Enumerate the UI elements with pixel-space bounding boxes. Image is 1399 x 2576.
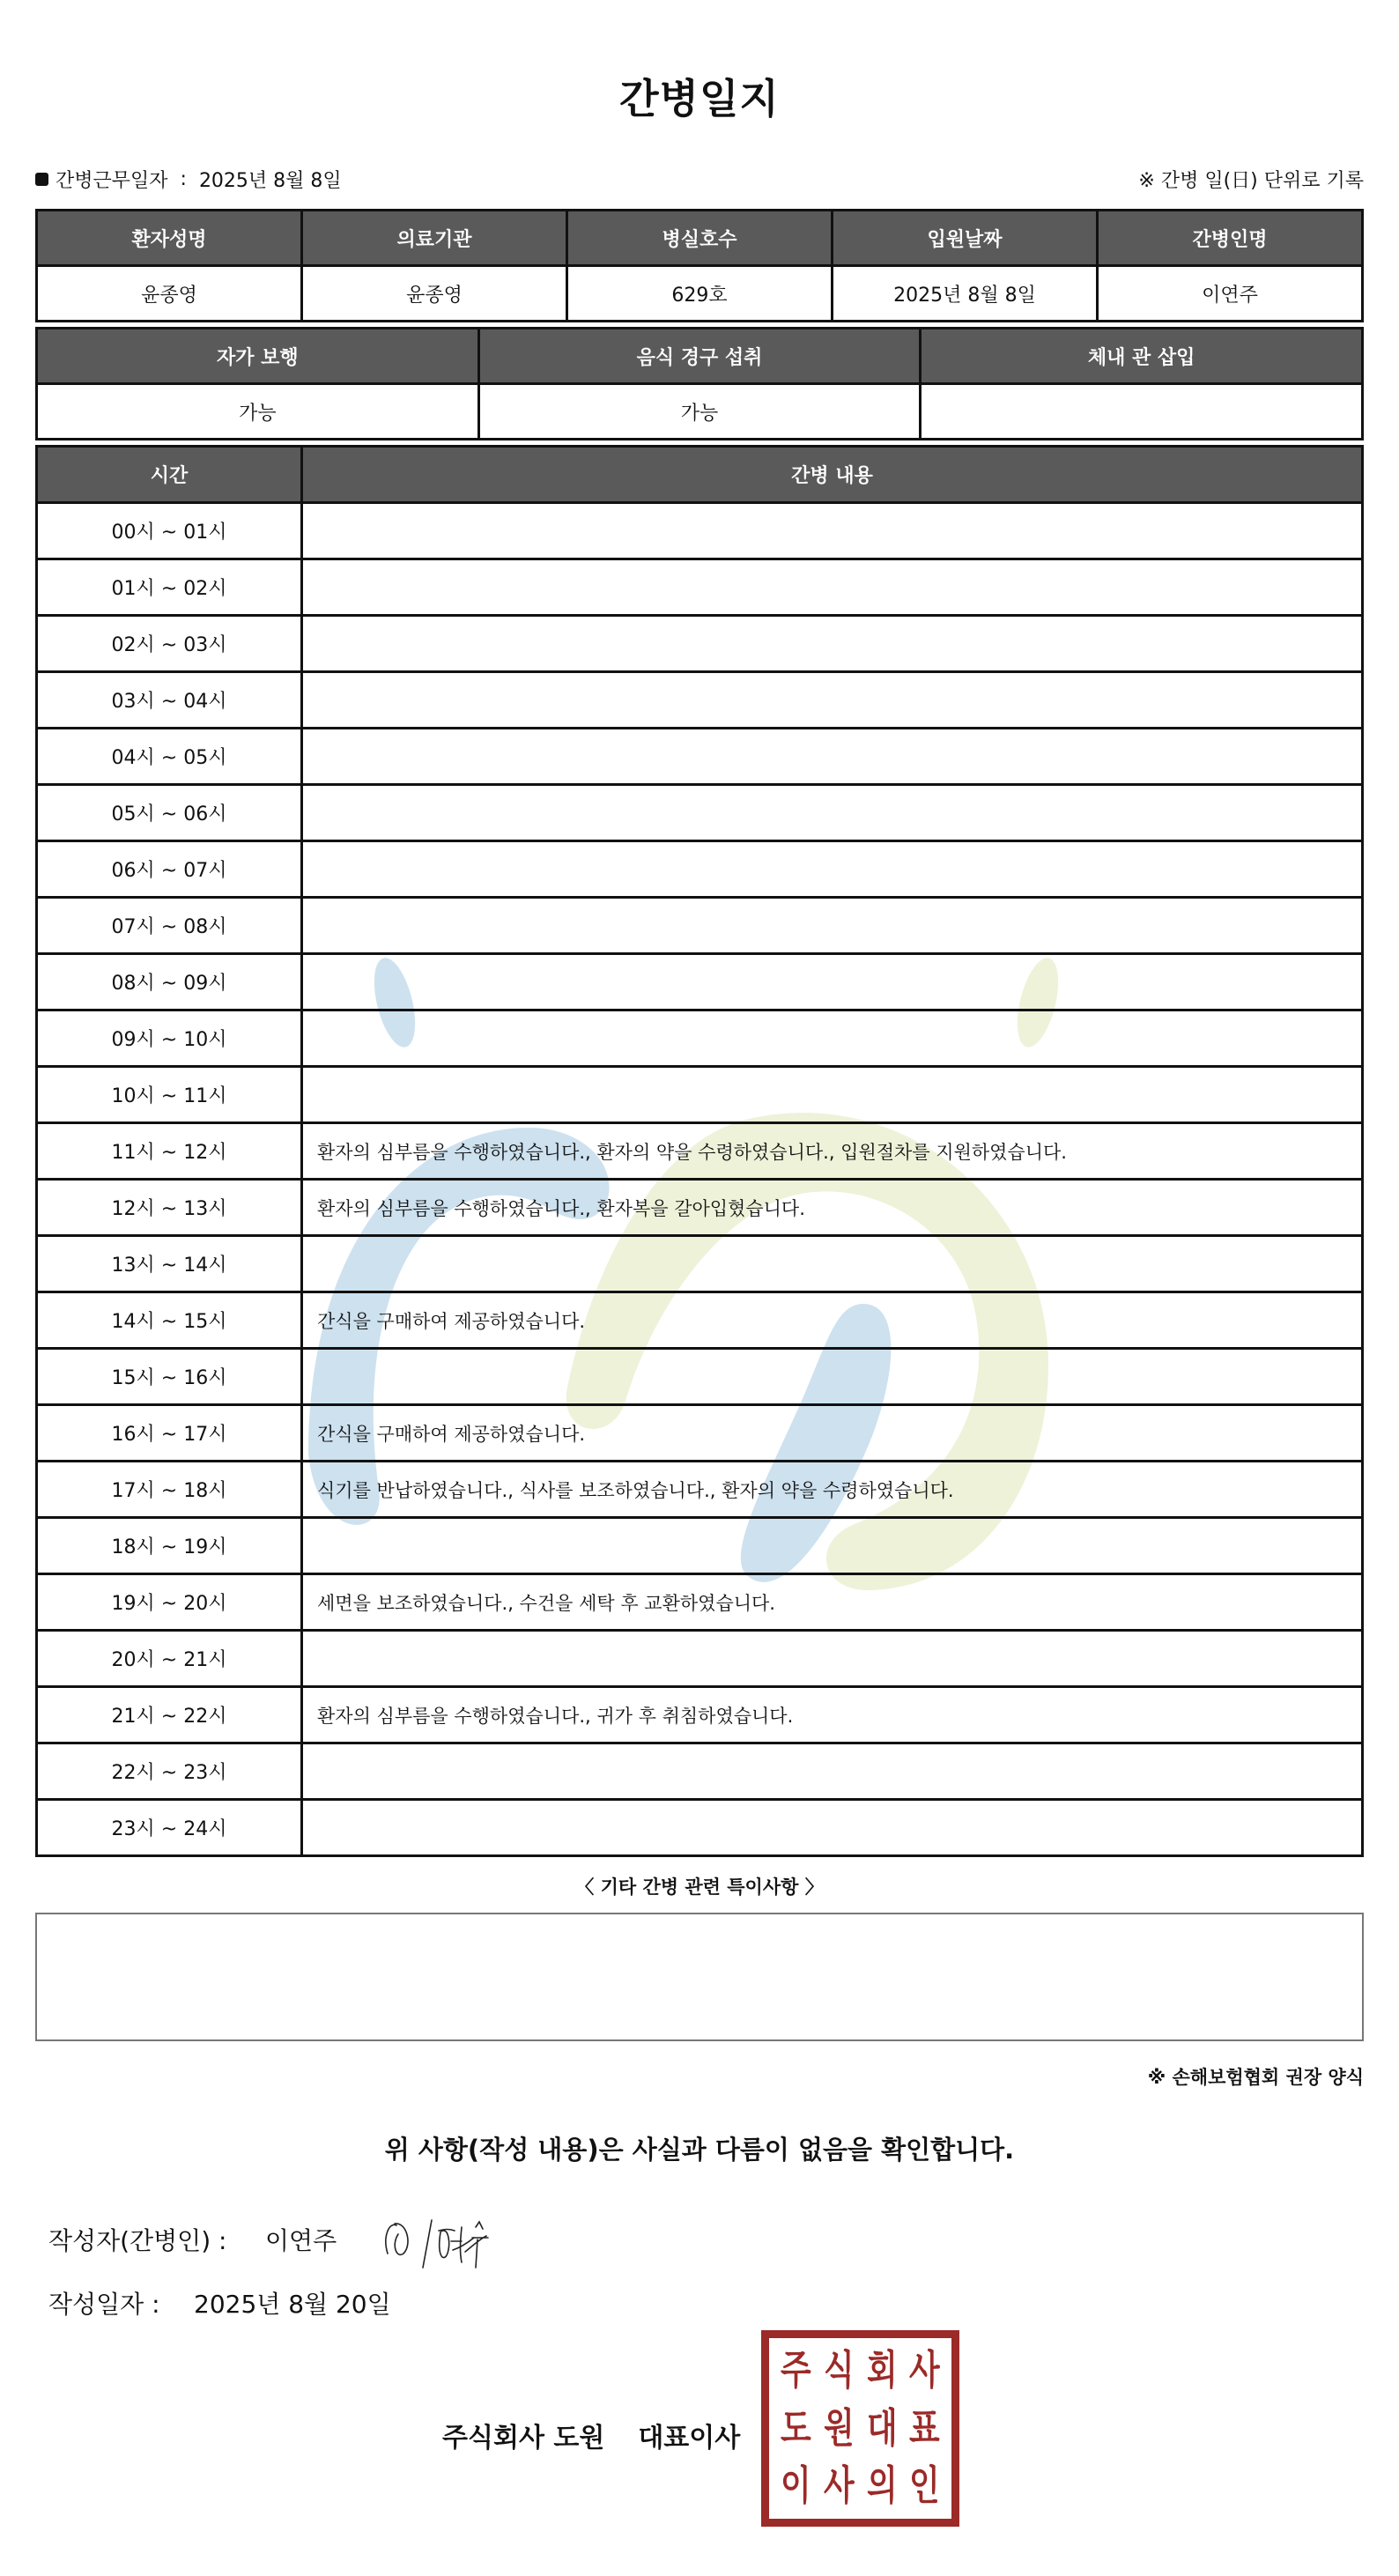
writer-name: 이연주	[265, 2222, 337, 2257]
time-slot: 12시 ~ 13시	[37, 1180, 302, 1236]
header-admission-date: 입원날짜	[833, 211, 1098, 266]
table-row: 15시 ~ 16시	[37, 1349, 1363, 1405]
time-slot: 09시 ~ 10시	[37, 1010, 302, 1067]
time-slot: 06시 ~ 07시	[37, 841, 302, 898]
table-row: 01시 ~ 02시	[37, 559, 1363, 616]
time-slot: 11시 ~ 12시	[37, 1123, 302, 1180]
time-slot: 00시 ~ 01시	[37, 503, 302, 559]
table-row: 07시 ~ 08시	[37, 898, 1363, 954]
time-slot: 21시 ~ 22시	[37, 1687, 302, 1743]
care-content	[302, 503, 1363, 559]
care-content: 세면을 보조하였습니다., 수건을 세탁 후 교환하였습니다.	[302, 1574, 1363, 1631]
table-row: 23시 ~ 24시	[37, 1800, 1363, 1856]
table-row: 18시 ~ 19시	[37, 1518, 1363, 1574]
work-date-label: 간병근무일자	[56, 166, 168, 193]
table-row: 03시 ~ 04시	[37, 672, 1363, 729]
work-date-value: 2025년 8월 8일	[199, 166, 342, 193]
care-content	[302, 616, 1363, 672]
time-slot: 15시 ~ 16시	[37, 1349, 302, 1405]
special-notes-title: 〈 기타 간병 관련 특이사항 〉	[0, 1873, 1399, 1899]
care-content	[302, 1800, 1363, 1856]
square-bullet-icon	[35, 173, 48, 186]
writer-line: 작성자(간병인) : 이연주	[48, 2222, 226, 2257]
header-oral-intake: 음식 경구 섭취	[478, 329, 921, 384]
care-content	[302, 1236, 1363, 1292]
seal-char: 인	[908, 2457, 942, 2515]
seal-char: 사	[822, 2457, 855, 2515]
seal-char: 의	[865, 2457, 899, 2515]
hospital: 윤종영	[302, 266, 567, 322]
table-row: 19시 ~ 20시세면을 보조하였습니다., 수건을 세탁 후 교환하였습니다.	[37, 1574, 1363, 1631]
time-slot: 14시 ~ 15시	[37, 1292, 302, 1349]
care-content	[302, 1631, 1363, 1687]
handwritten-signature-icon	[377, 2218, 531, 2269]
care-content	[302, 1067, 1363, 1123]
seal-char: 사	[908, 2342, 942, 2400]
table-row: 22시 ~ 23시	[37, 1743, 1363, 1800]
care-content	[302, 559, 1363, 616]
table-row: 16시 ~ 17시간식을 구매하여 제공하였습니다.	[37, 1405, 1363, 1462]
table-row: 05시 ~ 06시	[37, 785, 1363, 841]
table-row: 00시 ~ 01시	[37, 503, 1363, 559]
care-content: 환자의 심부름을 수행하였습니다., 환자의 약을 수령하였습니다., 입원절차…	[302, 1123, 1363, 1180]
patient-name: 윤종영	[37, 266, 302, 322]
header-tube-insertion: 체내 관 삽입	[921, 329, 1363, 384]
table-row: 20시 ~ 21시	[37, 1631, 1363, 1687]
table-row: 17시 ~ 18시식기를 반납하였습니다., 식사를 보조하였습니다., 환자의…	[37, 1462, 1363, 1518]
time-slot: 13시 ~ 14시	[37, 1236, 302, 1292]
page-title: 간병일지	[0, 67, 1399, 125]
time-slot: 04시 ~ 05시	[37, 729, 302, 785]
time-slot: 18시 ~ 19시	[37, 1518, 302, 1574]
time-slot: 03시 ~ 04시	[37, 672, 302, 729]
confirmation-statement: 위 사항(작성 내용)은 사실과 다름이 없음을 확인합니다.	[0, 2130, 1399, 2166]
table-row: 12시 ~ 13시환자의 심부름을 수행하였습니다., 환자복을 갈아입혔습니다…	[37, 1180, 1363, 1236]
care-content	[302, 898, 1363, 954]
time-slot: 17시 ~ 18시	[37, 1462, 302, 1518]
care-content	[302, 1743, 1363, 1800]
care-log-table: 시간 간병 내용 00시 ~ 01시01시 ~ 02시02시 ~ 03시03시 …	[35, 445, 1364, 1857]
time-slot: 23시 ~ 24시	[37, 1800, 302, 1856]
work-date: 간병근무일자 : 2025년 8월 8일	[35, 166, 342, 193]
written-date-label: 작성일자 :	[48, 2290, 160, 2319]
time-slot: 19시 ~ 20시	[37, 1574, 302, 1631]
seal-char: 주	[779, 2342, 812, 2400]
patient-status-table: 자가 보행 음식 경구 섭취 체내 관 삽입 가능 가능	[35, 327, 1364, 440]
header-patient-name: 환자성명	[37, 211, 302, 266]
table-row: 13시 ~ 14시	[37, 1236, 1363, 1292]
time-slot: 10시 ~ 11시	[37, 1067, 302, 1123]
care-content: 환자의 심부름을 수행하였습니다., 귀가 후 취침하였습니다.	[302, 1687, 1363, 1743]
care-content	[302, 1349, 1363, 1405]
care-content	[302, 841, 1363, 898]
care-content	[302, 785, 1363, 841]
seal-char: 대	[865, 2400, 899, 2458]
seal-char: 이	[779, 2457, 812, 2515]
table-row: 08시 ~ 09시	[37, 954, 1363, 1010]
patient-info-table: 환자성명 의료기관 병실호수 입원날짜 간병인명 윤종영 윤종영 629호 20…	[35, 209, 1364, 322]
oral-intake: 가능	[478, 384, 921, 440]
company-signoff: 주식회사 도원대표이사	[442, 2416, 740, 2454]
care-content: 간식을 구매하여 제공하였습니다.	[302, 1292, 1363, 1349]
care-content: 식기를 반납하였습니다., 식사를 보조하였습니다., 환자의 약을 수령하였습…	[302, 1462, 1363, 1518]
table-row: 04시 ~ 05시	[37, 729, 1363, 785]
header-room-number: 병실호수	[567, 211, 833, 266]
room-number: 629호	[567, 266, 833, 322]
care-content: 환자의 심부름을 수행하였습니다., 환자복을 갈아입혔습니다.	[302, 1180, 1363, 1236]
seal-char: 회	[865, 2342, 899, 2400]
company-role: 대표이사	[638, 2423, 740, 2454]
tube-insertion	[921, 384, 1363, 440]
written-date-value: 2025년 8월 20일	[194, 2285, 391, 2321]
work-date-separator: :	[181, 168, 187, 190]
table-row: 14시 ~ 15시간식을 구매하여 제공하였습니다.	[37, 1292, 1363, 1349]
company-name: 주식회사 도원	[442, 2423, 604, 2454]
table-row: 10시 ~ 11시	[37, 1067, 1363, 1123]
table-row: 06시 ~ 07시	[37, 841, 1363, 898]
table-row: 09시 ~ 10시	[37, 1010, 1363, 1067]
header-hospital: 의료기관	[302, 211, 567, 266]
time-slot: 22시 ~ 23시	[37, 1743, 302, 1800]
company-seal-icon: 주 식 회 사 도 원 대 표 이 사 의 인	[761, 2330, 959, 2527]
form-note: ※ 손해보험협회 권장 양식	[1148, 2063, 1364, 2090]
admission-date: 2025년 8월 8일	[833, 266, 1098, 322]
writer-label: 작성자(간병인) :	[48, 2226, 226, 2255]
time-slot: 07시 ~ 08시	[37, 898, 302, 954]
time-slot: 01시 ~ 02시	[37, 559, 302, 616]
time-slot: 16시 ~ 17시	[37, 1405, 302, 1462]
header-time: 시간	[37, 447, 302, 503]
table-row: 11시 ~ 12시환자의 심부름을 수행하였습니다., 환자의 약을 수령하였습…	[37, 1123, 1363, 1180]
care-content	[302, 1010, 1363, 1067]
care-content	[302, 954, 1363, 1010]
seal-char: 도	[779, 2400, 812, 2458]
time-slot: 05시 ~ 06시	[37, 785, 302, 841]
header-caregiver-name: 간병인명	[1098, 211, 1363, 266]
seal-char: 표	[908, 2400, 942, 2458]
care-content	[302, 672, 1363, 729]
self-walking: 가능	[37, 384, 479, 440]
care-content: 간식을 구매하여 제공하였습니다.	[302, 1405, 1363, 1462]
header-care-content: 간병 내용	[302, 447, 1363, 503]
special-notes-box	[35, 1913, 1364, 2041]
written-date-line: 작성일자 : 2025년 8월 20일	[48, 2285, 160, 2321]
record-note: ※ 간병 일(日) 단위로 기록	[1138, 166, 1364, 193]
time-slot: 08시 ~ 09시	[37, 954, 302, 1010]
seal-char: 식	[822, 2342, 855, 2400]
table-row: 02시 ~ 03시	[37, 616, 1363, 672]
caregiver-name: 이연주	[1098, 266, 1363, 322]
time-slot: 20시 ~ 21시	[37, 1631, 302, 1687]
seal-char: 원	[822, 2400, 855, 2458]
table-row: 21시 ~ 22시환자의 심부름을 수행하였습니다., 귀가 후 취침하였습니다…	[37, 1687, 1363, 1743]
time-slot: 02시 ~ 03시	[37, 616, 302, 672]
care-content	[302, 1518, 1363, 1574]
care-content	[302, 729, 1363, 785]
header-self-walking: 자가 보행	[37, 329, 479, 384]
